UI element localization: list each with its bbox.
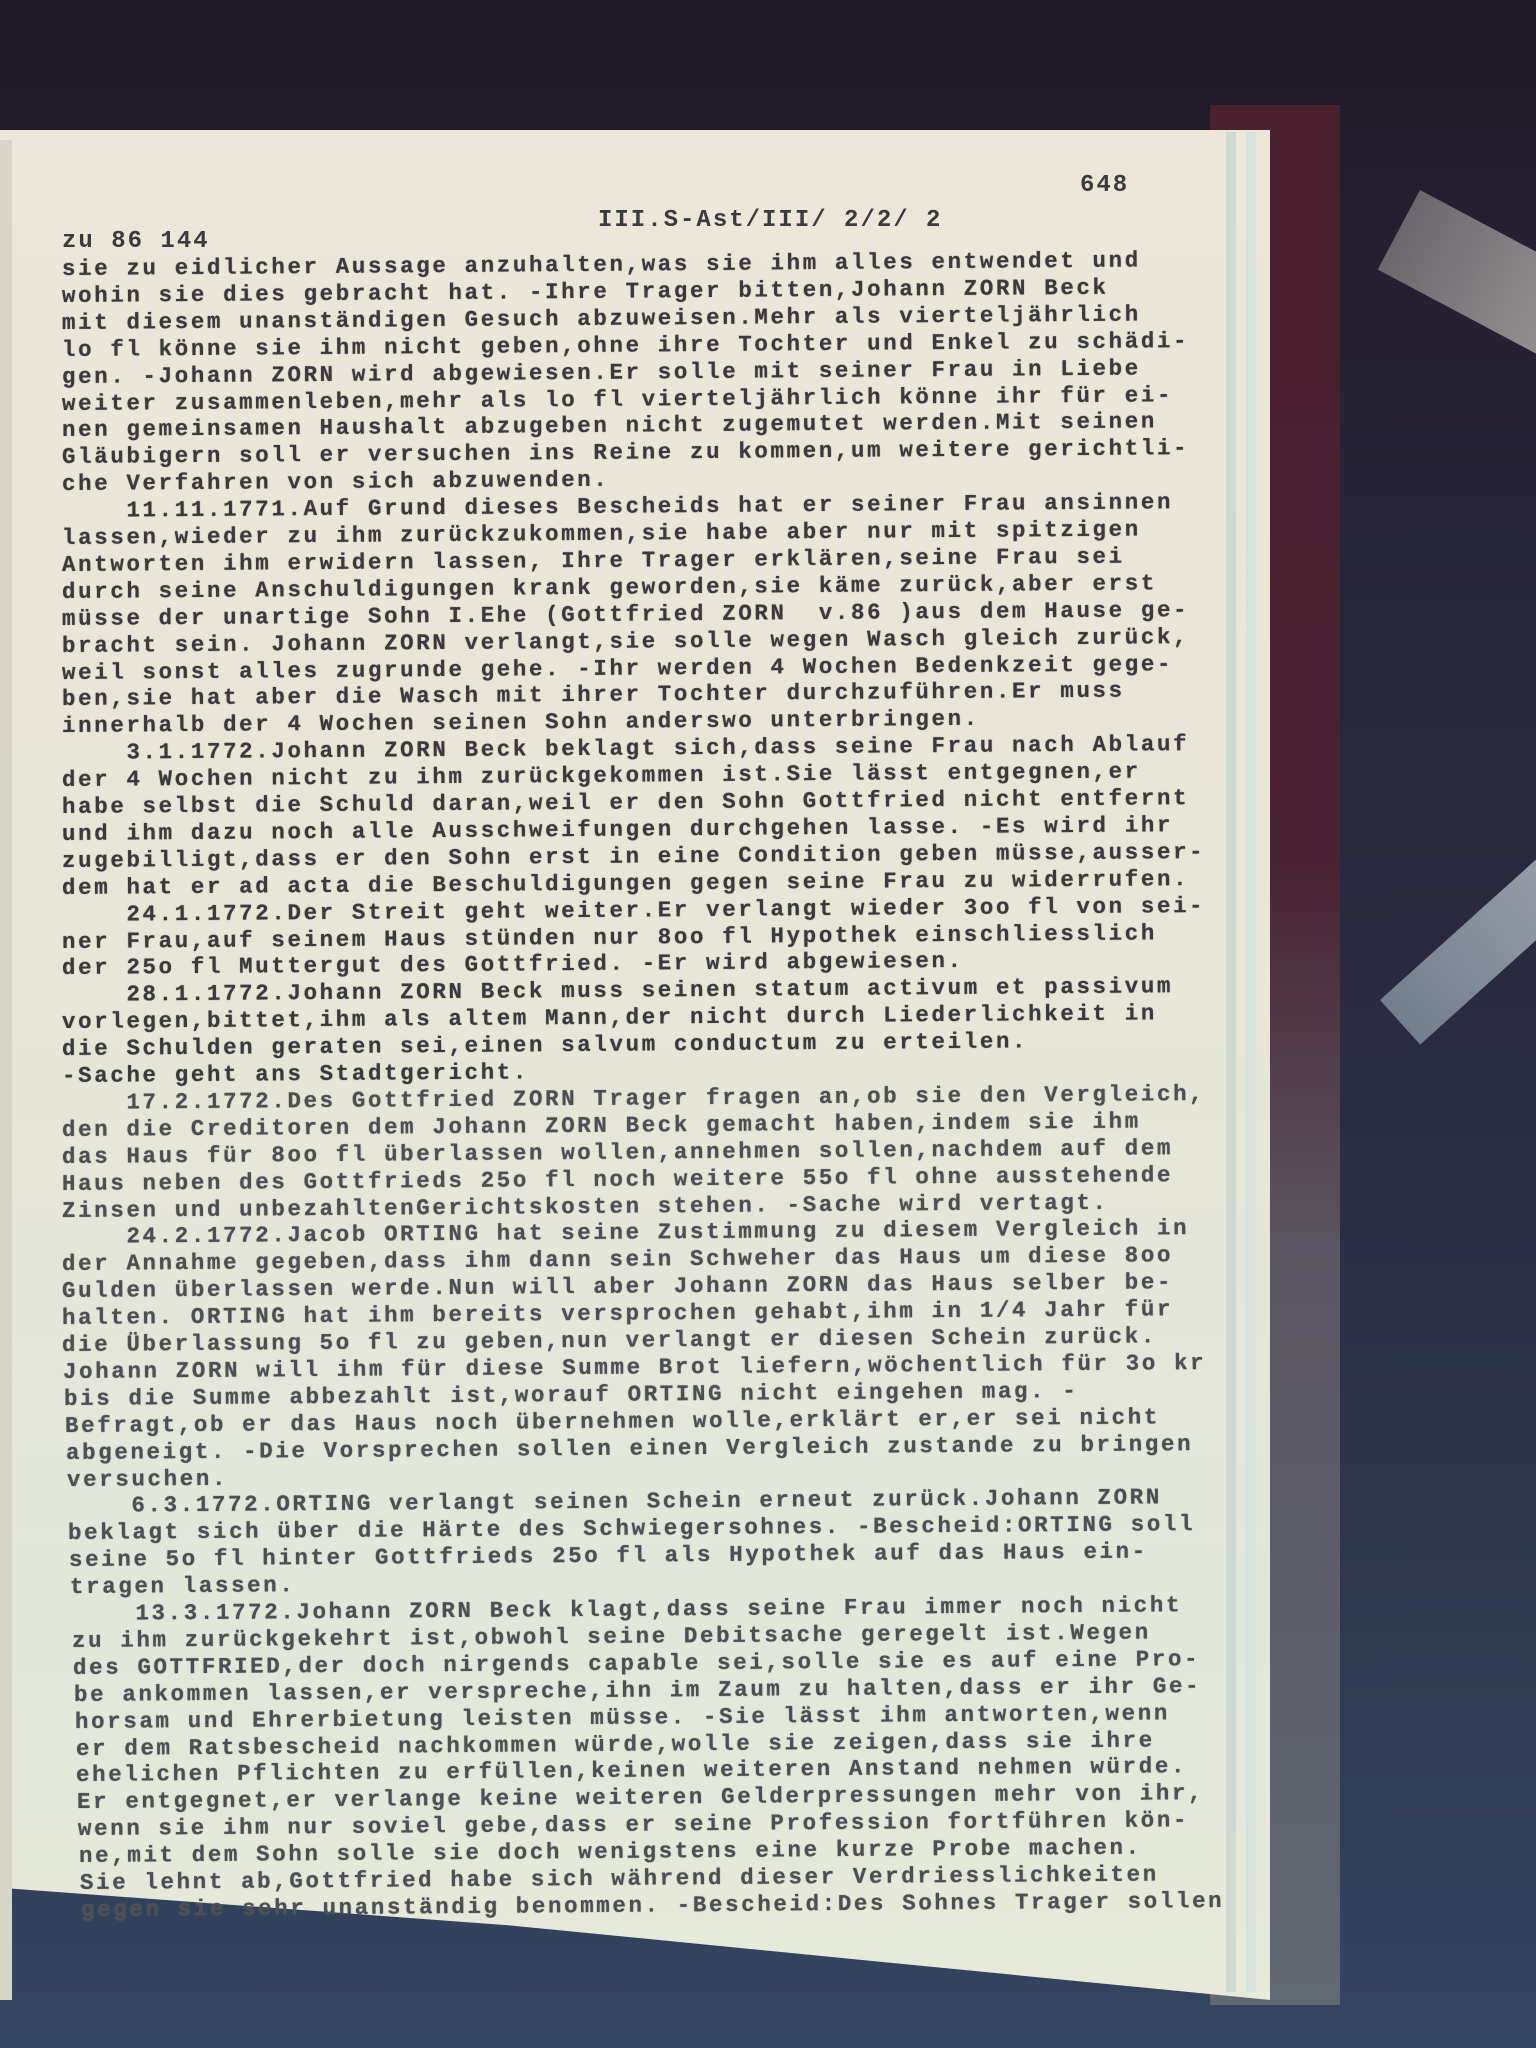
archive-reference: III.S-Ast/III/ 2/2/ 2 [598,207,942,234]
cross-reference: zu 86 144 [62,228,210,255]
text-line: -Sache geht ans Stadtgericht. [62,1059,529,1089]
facing-page-edge [0,140,12,2000]
bookmark-strip-lower [1380,826,1536,1045]
page-number: 648 [1080,172,1129,199]
text-line: che Verfahren von sich abzuwenden. [62,467,610,497]
text-line: versuchen. [66,1465,227,1492]
page-edge [1226,132,1236,1992]
page-edge [1246,132,1256,1992]
bookmark-strip [1378,190,1536,373]
text-line: tragen lassen. [70,1572,296,1600]
